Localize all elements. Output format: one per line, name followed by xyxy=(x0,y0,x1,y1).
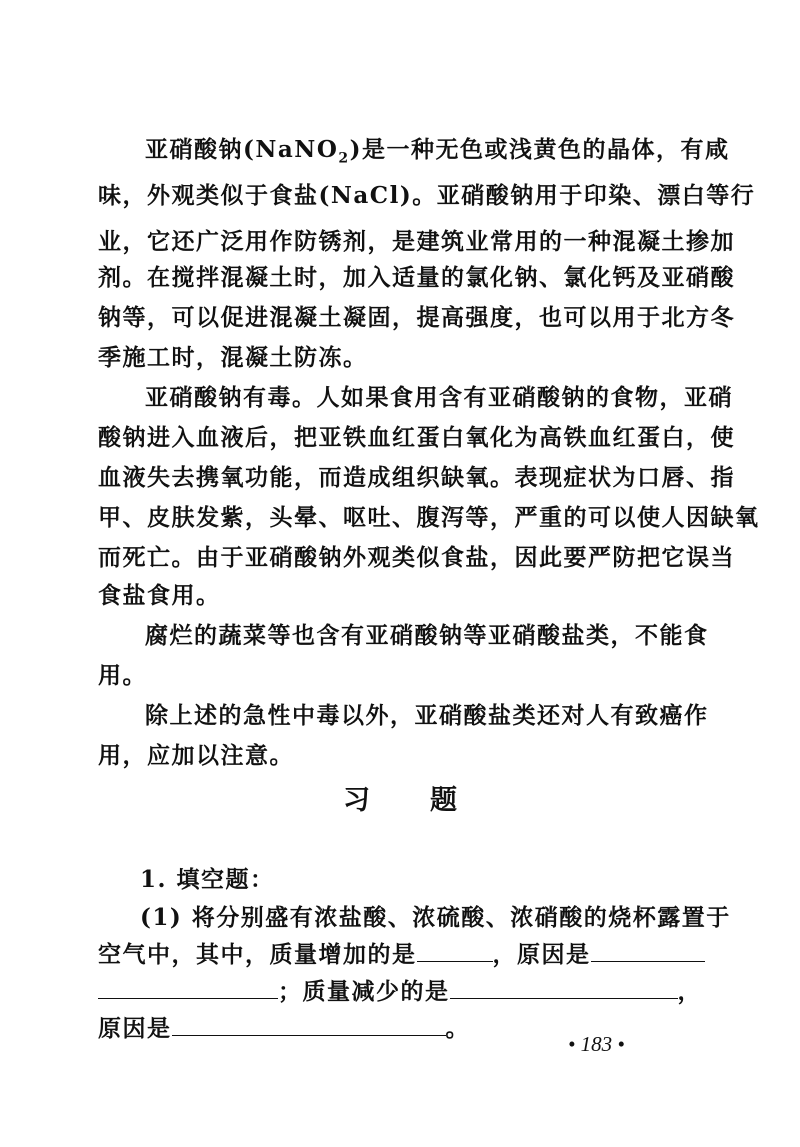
paragraph-3-line-1: 腐烂的蔬菜等也含有亚硝酸钠等亚硝酸盐类，不能食 xyxy=(145,616,670,656)
text: ；质量减少的是 xyxy=(278,978,450,1005)
paragraph-1-line-3: 业，它还广泛用作防锈剂，是建筑业常用的一种混凝土掺加 xyxy=(98,222,670,262)
text: 。 xyxy=(446,1015,471,1042)
text: ，原因是 xyxy=(493,941,591,968)
paragraph-1-line-2: 味，外观类似于食盐(NaCl)。亚硝酸钠用于印染、漂白等行 xyxy=(98,176,670,216)
paragraph-3-line-2: 用。 xyxy=(98,656,670,696)
paragraph-2-line-4: 甲、皮肤发紫，头晕、呕吐、腹泻等，严重的可以使人因缺氧 xyxy=(98,498,670,538)
blank-mass-decrease[interactable] xyxy=(450,972,678,999)
question-1-1-line-3: ；质量减少的是， xyxy=(98,972,670,1012)
paragraph-1-line-4: 剂。在搅拌混凝土时，加入适量的氯化钠、氯化钙及亚硝酸 xyxy=(98,258,670,298)
text: 亚硝酸钠(NaNO xyxy=(145,136,338,163)
text: 原因是 xyxy=(98,1015,172,1042)
paragraph-2-line-3: 血液失去携氧功能，而造成组织缺氧。表现症状为口唇、指 xyxy=(98,458,670,498)
paragraph-4-line-2: 用，应加以注意。 xyxy=(98,736,670,776)
paragraph-2-line-2: 酸钠进入血液后，把亚铁血红蛋白氧化为高铁血红蛋白，使 xyxy=(98,418,670,458)
subscript: 2 xyxy=(338,151,349,167)
exercises-heading: 习题 xyxy=(0,778,800,817)
blank-reason-1-part-1[interactable] xyxy=(591,935,705,962)
question-1-1-line-2: 空气中，其中，质量增加的是，原因是 xyxy=(98,935,670,975)
heading-char-1: 习 xyxy=(343,778,370,817)
blank-reason-1-part-2[interactable] xyxy=(98,972,278,999)
blank-mass-increase[interactable] xyxy=(417,935,493,962)
question-1-label: 1. 填空题： xyxy=(140,860,670,900)
textbook-page: 亚硝酸钠(NaNO2)是一种无色或浅黄色的晶体，有咸 味，外观类似于食盐(NaC… xyxy=(0,0,800,1147)
paragraph-1-line-6: 季施工时，混凝土防冻。 xyxy=(98,338,670,378)
question-1-1-line-1: (1) 将分别盛有浓盐酸、浓硫酸、浓硝酸的烧杯露置于 xyxy=(140,898,670,938)
text: )是一种无色或浅黄色的晶体，有咸 xyxy=(350,136,730,163)
heading-char-2: 题 xyxy=(430,778,457,817)
paragraph-2-line-6: 食盐食用。 xyxy=(98,576,670,616)
paragraph-2-line-1: 亚硝酸钠有毒。人如果食用含有亚硝酸钠的食物，亚硝 xyxy=(145,378,670,418)
page-number: • 183 • xyxy=(568,1032,625,1057)
paragraph-2-line-5: 而死亡。由于亚硝酸钠外观类似食盐，因此要严防把它误当 xyxy=(98,538,670,578)
paragraph-1-line-5: 钠等，可以促进混凝土凝固，提高强度，也可以用于北方冬 xyxy=(98,298,670,338)
paragraph-1-line-1: 亚硝酸钠(NaNO2)是一种无色或浅黄色的晶体，有咸 xyxy=(145,130,670,170)
blank-reason-2[interactable] xyxy=(172,1009,446,1036)
text: 空气中，其中，质量增加的是 xyxy=(98,941,417,968)
paragraph-4-line-1: 除上述的急性中毒以外，亚硝酸盐类还对人有致癌作 xyxy=(145,696,670,736)
text: ， xyxy=(678,978,703,1005)
